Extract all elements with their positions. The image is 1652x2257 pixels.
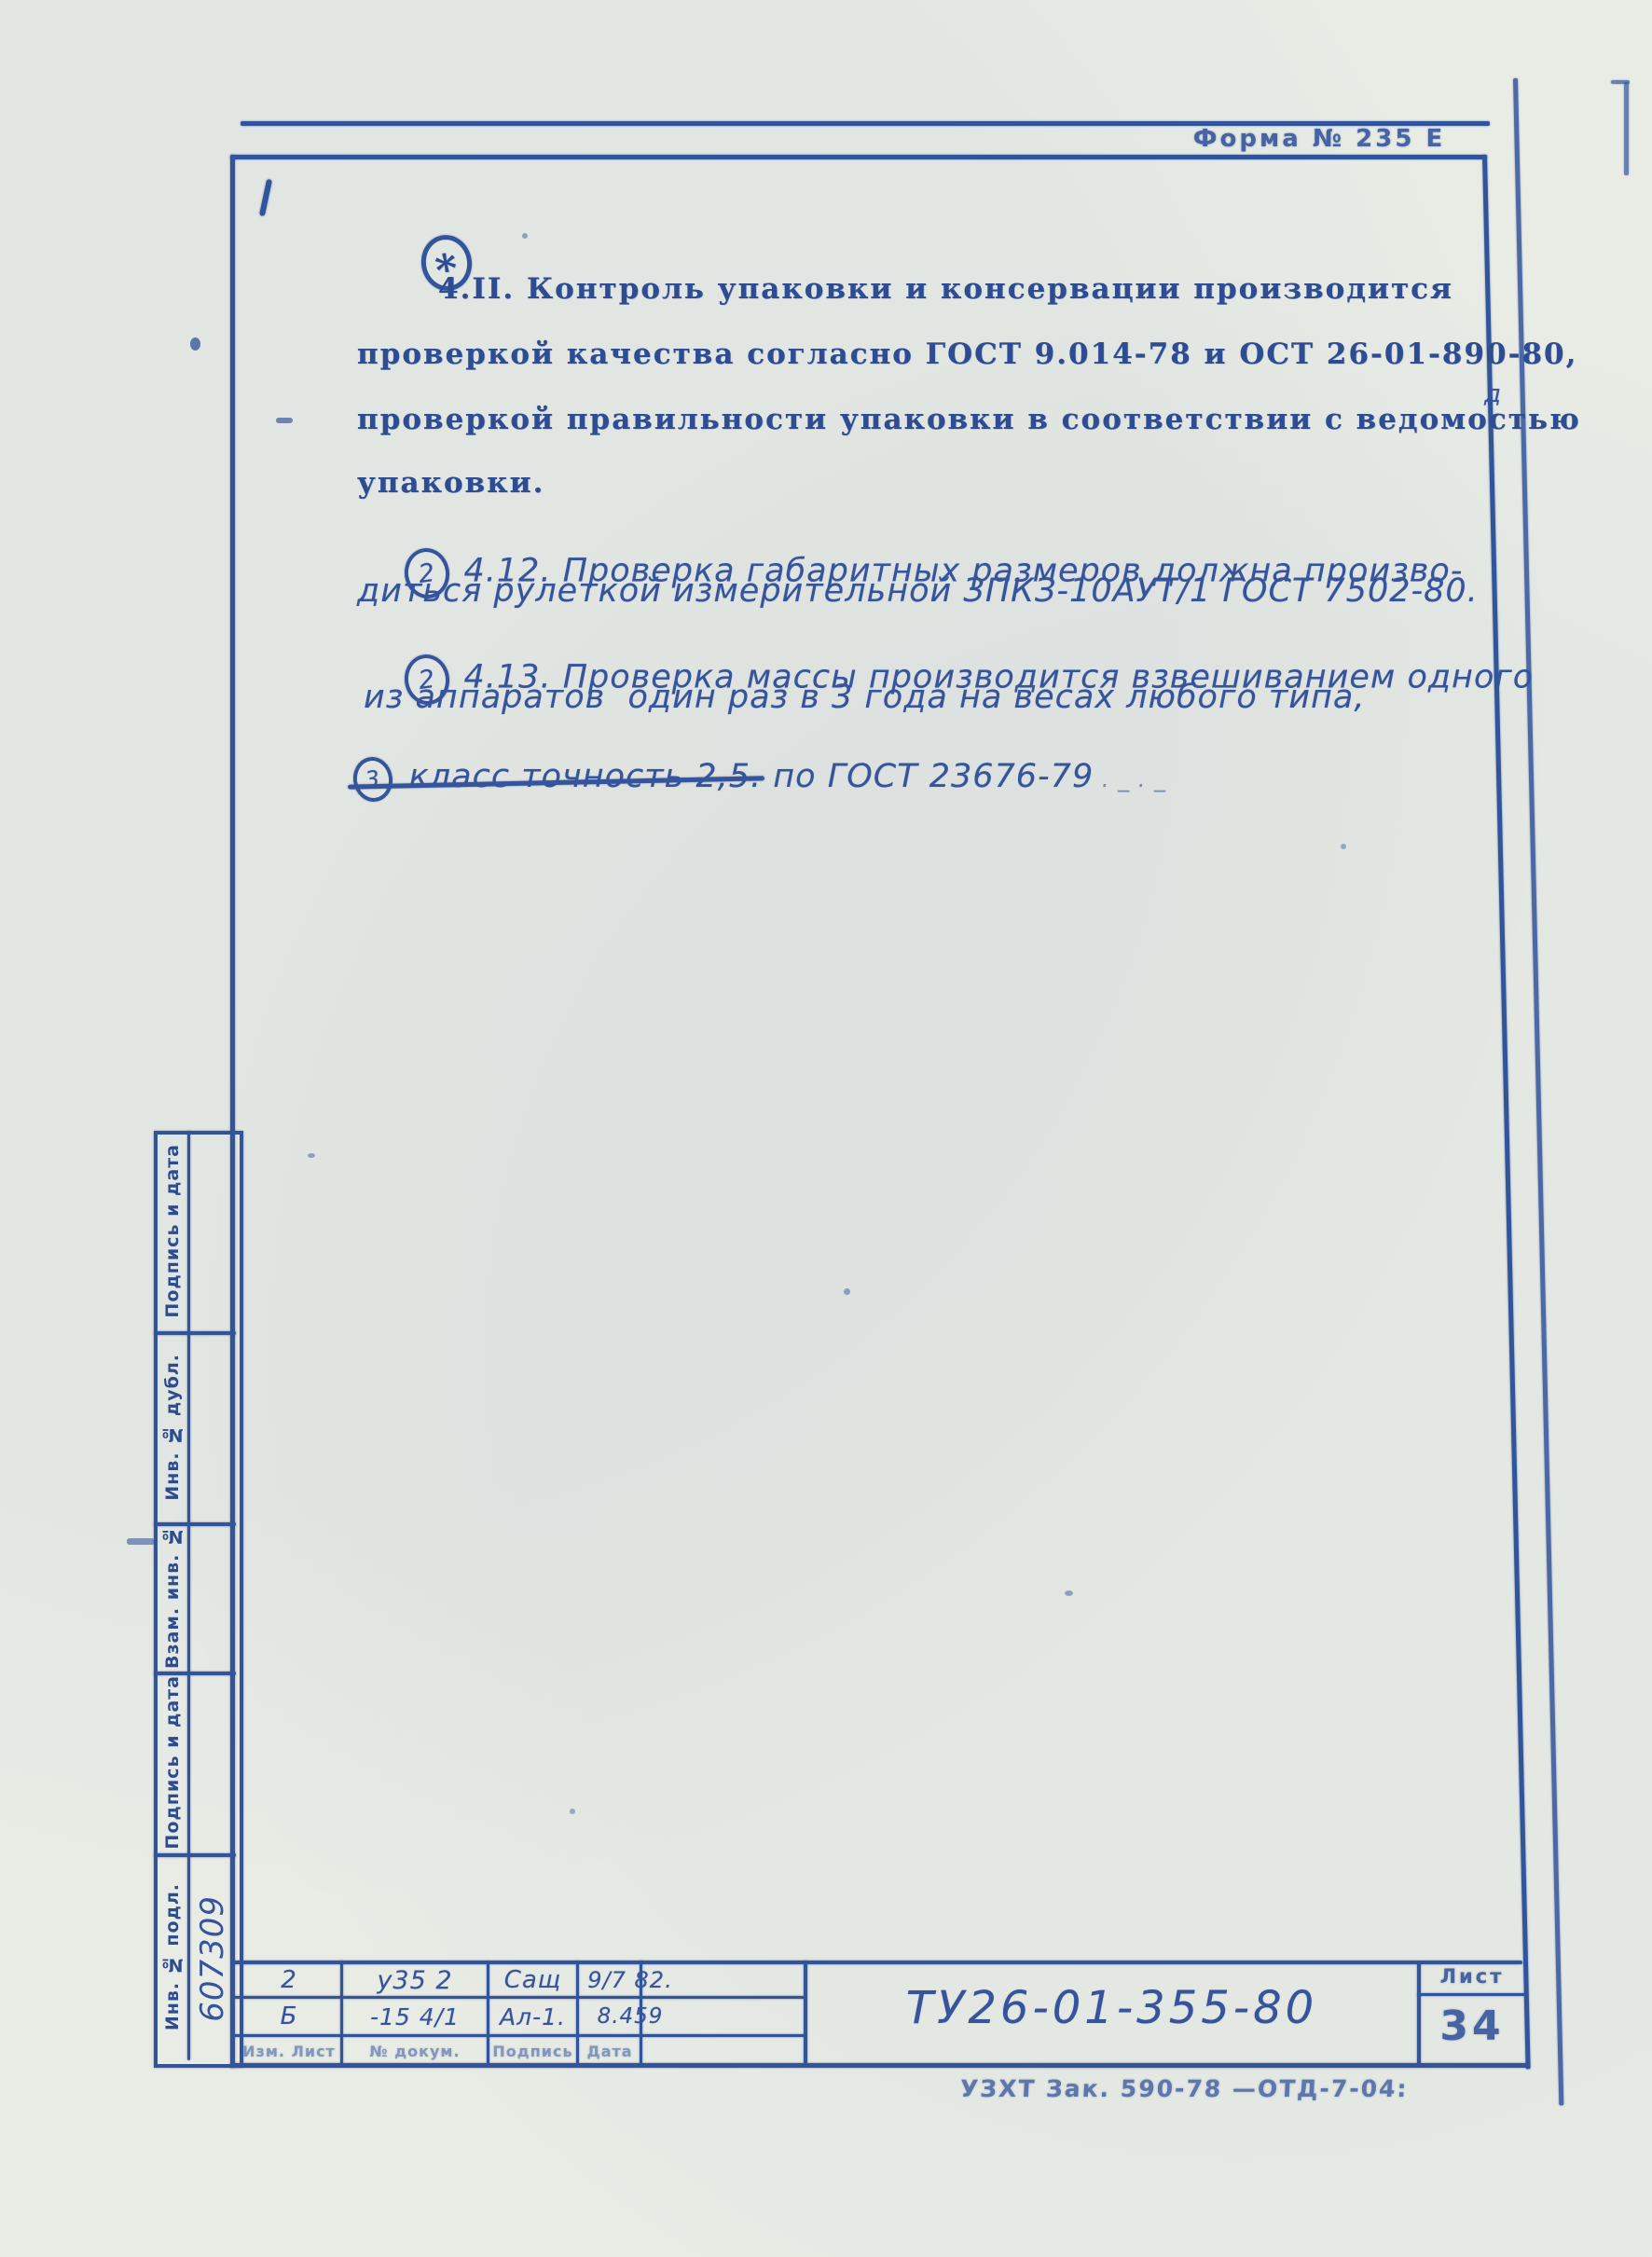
change-row2-dokum: -15 4/1 [343,1999,487,2034]
ink-speck [190,337,200,351]
change-header-dokum: № докум. [343,2037,487,2065]
change-header-data: Дата [579,2037,640,2065]
change-row2-data: 8.459 [579,1999,681,2034]
struck-text-wrap: 3 класс точность 2,5. [353,757,763,802]
sidebar-inventory-number: 607309 [190,1860,235,2057]
paragraph-412-line2: диться рулеткой измерительной ЗПКЗ-10АУТ… [357,572,1479,610]
sidebar-cell-inv-dubl: Инв. № дубл. [156,1333,189,1521]
sidebar-cell-inv-podl: Инв. № подл. [156,1855,189,2058]
change-row1-dokum: у35 2 [343,1963,487,1997]
sheet-number: 34 [1421,2002,1523,2050]
ink-speck [308,1153,315,1158]
trailing-dots: . _ . _ [1094,766,1166,792]
paragraph-411-line1: 4.II. Контроль упаковки и консервации пр… [438,272,1453,306]
inventory-number-value: 607309 [194,1895,231,2022]
sidebar-label: Подпись и дата [162,1675,183,1850]
change-row2-izm: Б [238,1999,340,2034]
corner-artifact-vertical [1624,82,1629,175]
paragraph-411-line3: проверкой правильности упаковки в соотве… [357,403,1581,436]
change-row1-podpis: Сащ [489,1963,576,1997]
sheet-box-split-line [1417,1993,1525,1996]
form-number-label: Форма № 235 Е [1161,125,1478,153]
paragraph-413-struck-line: 3 класс точность 2,5. по ГОСТ 23676-79 .… [308,720,1166,839]
frame-line-top [230,155,1487,159]
sidebar-label: Подпись и дата [162,1144,183,1318]
change-row1-izm: 2 [238,1963,340,1997]
sidebar-label: Взам. инв. № [162,1525,183,1669]
revision-marker-3: 3 [350,754,394,804]
ink-speck [522,233,528,239]
paragraph-411-line2: проверкой качества согласно ГОСТ 9.014-7… [357,337,1577,371]
change-header-izm-list: Изм. Лист [238,2037,340,2065]
ink-speck [276,418,293,423]
ink-speck [1341,844,1346,849]
pen-stroke-artifact [259,179,272,216]
footer-print-stamp: УЗХТ Зак. 590-78 —ОТД-7-04: [959,2075,1409,2102]
ink-speck [570,1809,575,1814]
sidebar-cell-podpis-data-1: Подпись и дата [156,1133,189,1329]
sidebar-label: Инв. № дубл. [162,1354,183,1501]
paragraph-413-line2: из аппаратов один раз в 3 года на весах … [364,679,1365,716]
revision-marker-3-digit: 3 [364,765,382,793]
paragraph-411-line4: упаковки. [357,466,544,500]
change-header-podpis: Подпись [489,2037,576,2065]
sidebar-label: Инв. № подл. [162,1883,183,2030]
corner-artifact-horizontal [1611,80,1630,84]
change-row2-podpis: Ал-1. [489,1999,576,2034]
ink-speck [1065,1590,1073,1596]
struck-line-tail: по ГОСТ 23676-79 [762,758,1094,795]
struck-text: класс точность 2,5. [398,758,763,795]
ink-speck [127,1538,155,1545]
sidebar-cell-podpis-data-2: Подпись и дата [156,1673,189,1851]
document-number: ТУ26-01-355-80 [806,1982,1417,2034]
change-row1-data: 9/7 82. [579,1963,681,1997]
ink-speck [844,1288,850,1295]
scanned-document-page: Форма № 235 Е * 4.II. Контроль упаковки … [0,0,1652,2257]
sheet-label: Лист [1421,1965,1523,1988]
sidebar-cell-vzam-inv: Взам. инв. № [156,1524,189,1670]
